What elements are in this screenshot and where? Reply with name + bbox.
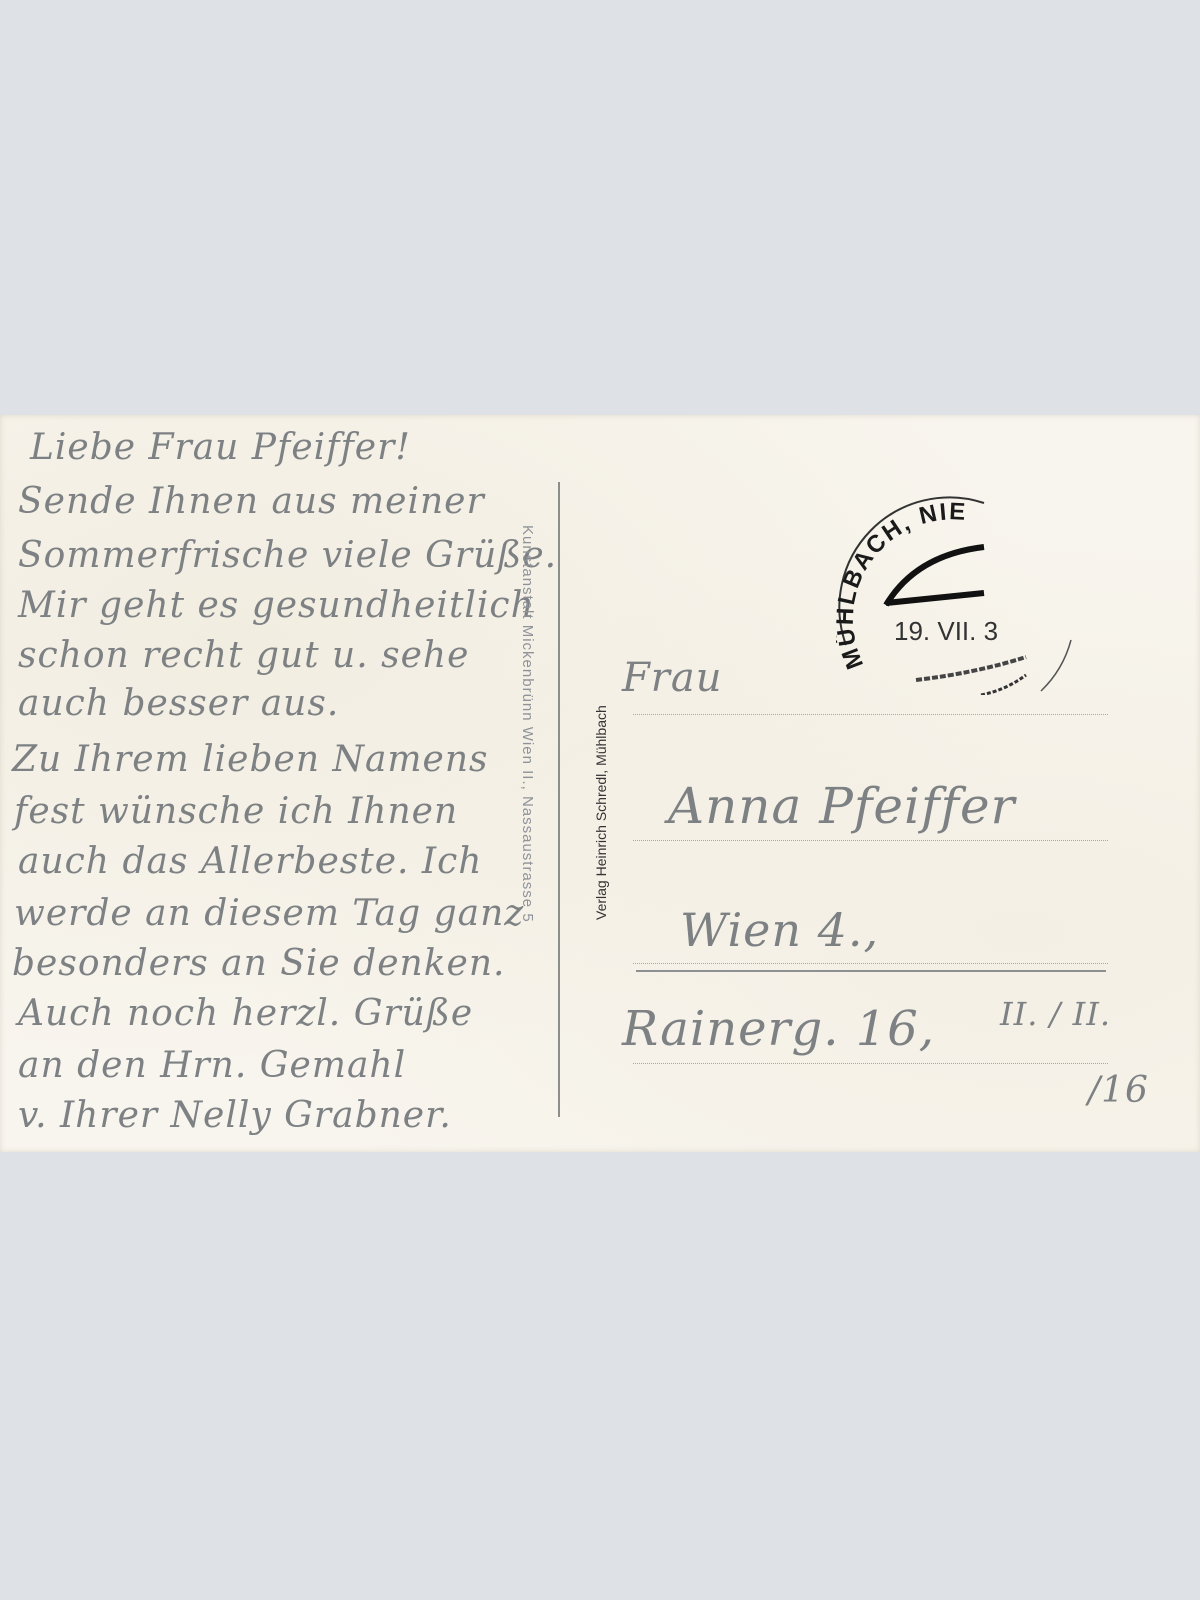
message-line: v. Ihrer Nelly Grabner. [18, 1095, 452, 1136]
message-line: schon recht gut u. sehe [18, 635, 469, 676]
message-line: auch das Allerbeste. Ich [18, 841, 482, 882]
address-line-4 [633, 1063, 1108, 1064]
address-underline [636, 970, 1106, 972]
message-line: fest wünsche ich Ihnen [14, 791, 458, 832]
address-salutation: Frau [622, 655, 722, 701]
message-line: Auch noch herzl. Grüße [18, 993, 473, 1034]
postcard-back: Liebe Frau Pfeiffer! Sende Ihnen aus mei… [0, 415, 1200, 1152]
message-line: Mir geht es gesundheitlich [18, 585, 535, 626]
message-line: werde an diesem Tag ganz [14, 893, 524, 934]
message-line: besonders an Sie denken. [12, 943, 505, 984]
address-line-2 [633, 840, 1108, 841]
postmark-date: 19. VII. 3 [894, 616, 998, 646]
center-divider [558, 482, 560, 1117]
message-line: Zu Ihrem lieben Namens [12, 739, 489, 780]
address-line-3 [633, 963, 1108, 964]
printer-imprint: Kunstanstalt Mickenbrünn Wien II., Nassa… [519, 525, 536, 923]
address-line-1 [633, 714, 1108, 715]
address-floor: II. / II. [1000, 995, 1111, 1033]
address-street: Rainerg. 16, [622, 1001, 935, 1057]
message-line: Sende Ihnen aus meiner [18, 481, 485, 522]
publisher-imprint: Verlag Heinrich Schredl, Mühlbach [593, 705, 609, 920]
address-name: Anna Pfeiffer [668, 777, 1015, 835]
message-line: auch besser aus. [18, 683, 339, 724]
address-door: /16 [1088, 1070, 1149, 1111]
message-line: an den Hrn. Gemahl [18, 1045, 406, 1086]
message-line: Liebe Frau Pfeiffer! [30, 427, 411, 468]
message-line: Sommerfrische viele Grüße. [18, 535, 557, 576]
address-city: Wien 4., [680, 903, 879, 957]
postmark-stamp: MÜHLBACH, NIE 19. VII. 3 [836, 495, 1076, 695]
